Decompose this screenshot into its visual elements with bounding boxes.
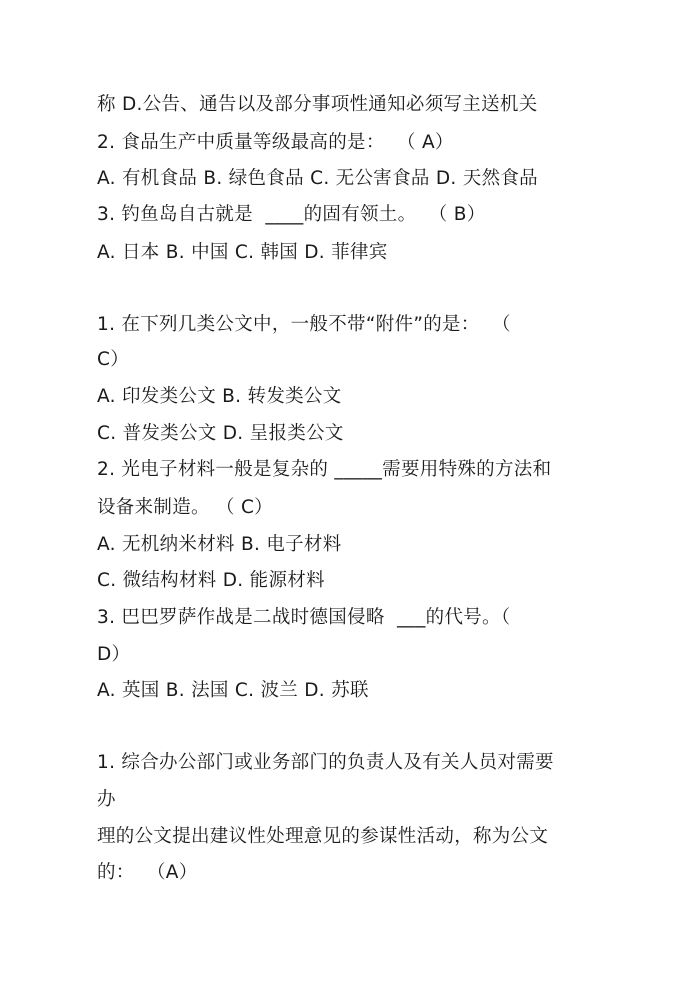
question-attachment: 1. 在下列几类公文中，一般不带“附件”的是： （	[97, 313, 511, 337]
answer-attachment: C）	[97, 348, 129, 372]
options-barbarossa: A. 英国 B. 法国 C. 波兰 D. 苏联	[97, 679, 369, 703]
question-document-review-cont2: 理的公文提出建议性处理意见的参谋性活动，称为公文	[97, 825, 548, 849]
answer-document-review: 的： （A）	[97, 861, 198, 885]
question-diaoyu-island: 3. 钓鱼岛自古就是 ____的固有领土。 （ B）	[97, 203, 486, 227]
text-line-continuation: 称 D.公告、通告以及部分事项性通知必须写主送机关	[97, 93, 538, 117]
options-diaoyu-island: A. 日本 B. 中国 C. 韩国 D. 菲律宾	[97, 241, 388, 265]
answer-barbarossa: D）	[97, 643, 130, 667]
question-optoelectronic-cont: 设备来制造。 （ C）	[97, 496, 273, 520]
question-document-review-cont1: 办	[97, 788, 116, 812]
options-attachment-ab: A. 印发类公文 B. 转发类公文	[97, 385, 342, 409]
question-document-review: 1. 综合办公部门或业务部门的负责人及有关人员对需要	[97, 751, 554, 775]
question-food-quality: 2. 食品生产中质量等级最高的是： （ A）	[97, 131, 454, 155]
options-attachment-cd: C. 普发类公文 D. 呈报类公文	[97, 422, 344, 446]
question-optoelectronic: 2. 光电子材料一般是复杂的 _____需要用特殊的方法和	[97, 458, 551, 482]
question-barbarossa: 3. 巴巴罗萨作战是二战时德国侵略 ___的代号。（	[97, 606, 510, 630]
options-optoelectronic-ab: A. 无机纳米材料 B. 电子材料	[97, 533, 342, 557]
document-page: 称 D.公告、通告以及部分事项性通知必须写主送机关 2. 食品生产中质量等级最高…	[0, 0, 700, 991]
options-optoelectronic-cd: C. 微结构材料 D. 能源材料	[97, 569, 325, 593]
options-food-quality: A. 有机食品 B. 绿色食品 C. 无公害食品 D. 天然食品	[97, 167, 538, 191]
